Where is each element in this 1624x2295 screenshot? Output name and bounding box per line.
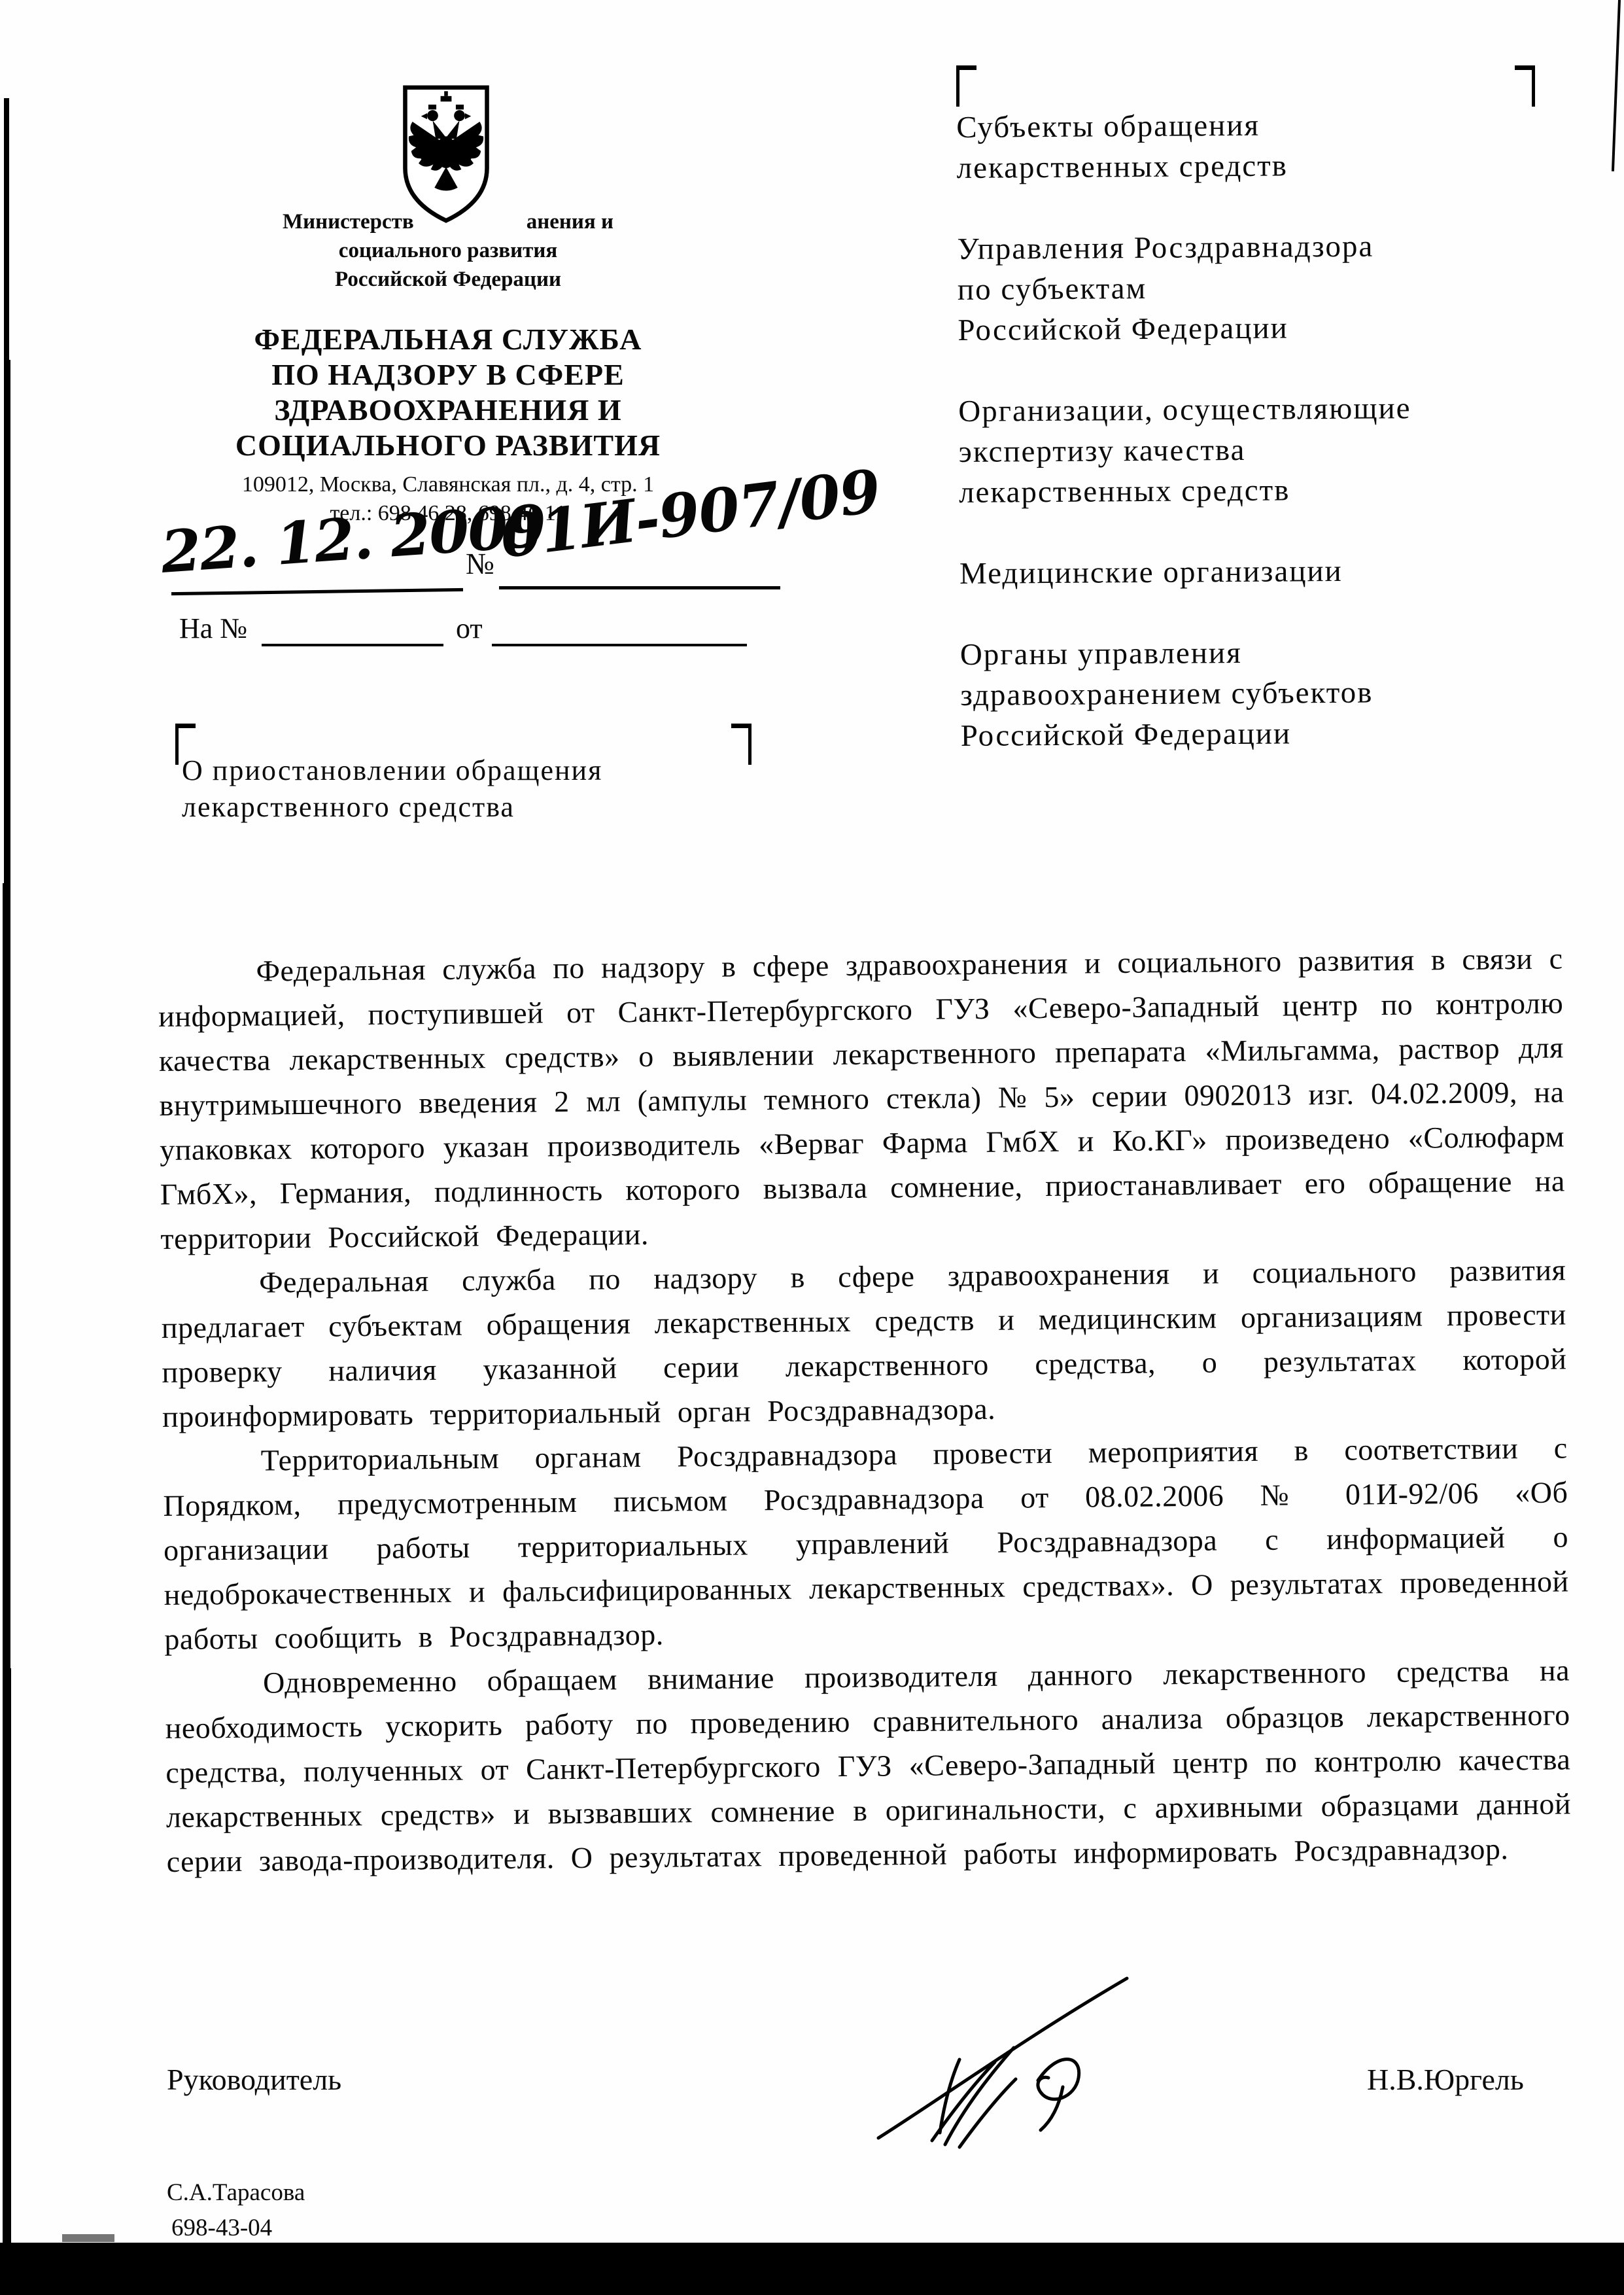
recipient-line: здравоохранением субъектов: [960, 671, 1536, 716]
service-title-line: СОЦИАЛЬНОГО РАЗВИТИЯ: [164, 428, 733, 463]
signatory-title: Руководитель: [167, 2062, 341, 2097]
service-title-line: ПО НАДЗОРУ В СФЕРЕ: [164, 357, 733, 393]
recipients-block: Субъекты обращения лекарственных средств…: [956, 103, 1536, 797]
ministry-name-fragment-left: Министерств: [283, 208, 414, 236]
subject-line: лекарственного средства: [182, 789, 602, 826]
date-underline: [171, 588, 463, 595]
recipient-line: Субъекты обращения: [956, 103, 1532, 148]
executor-phone: 698-43-04: [171, 2214, 272, 2242]
scan-artifact-bottom-band: [0, 2243, 1624, 2295]
subject-block: О приостановлении обращения лекарственно…: [182, 752, 602, 826]
letter-body: Федеральная служба по надзору в сфере зд…: [158, 936, 1572, 1884]
subject-line: О приостановлении обращения: [182, 752, 602, 789]
recipient-line: по субъектам: [958, 266, 1533, 310]
signatory-name: Н.В.Юргель: [1367, 2062, 1524, 2097]
body-paragraph-2: Федеральная служба по надзору в сфере зд…: [161, 1248, 1568, 1439]
service-title: ФЕДЕРАЛЬНАЯ СЛУЖБА ПО НАДЗОРУ В СФЕРЕ ЗД…: [164, 322, 733, 463]
recipient-line: экспертизу качества: [958, 428, 1534, 472]
executor-name: С.А.Тарасова: [167, 2179, 305, 2207]
recipient-line: Организации, осуществляющие: [958, 387, 1534, 432]
reply-from-label: от: [456, 612, 483, 645]
coat-of-arms-icon: [400, 84, 492, 224]
ministry-name-line2: социального развития: [164, 237, 733, 264]
recipient-group: Медицинские организации: [959, 550, 1535, 594]
service-title-line: ФЕДЕРАЛЬНАЯ СЛУЖБА: [164, 322, 733, 357]
corner-bracket-subject-right: [731, 724, 752, 765]
recipient-line: Управления Росздравнадзора: [957, 225, 1532, 270]
recipient-line: лекарственных средств: [956, 144, 1532, 188]
scanned-letter-page: Министерств анения и социального развити…: [0, 0, 1624, 2295]
recipient-line: Российской Федерации: [958, 306, 1533, 351]
recipient-line: лекарственных средств: [959, 468, 1534, 513]
ministry-name-line3: Российской Федерации: [164, 266, 733, 293]
number-underline: [499, 586, 780, 589]
reply-date-underline: [492, 644, 747, 646]
body-paragraph-3: Территориальным органам Росздравнадзора …: [162, 1426, 1569, 1662]
corner-bracket-recipients-right: [1515, 65, 1535, 107]
recipient-group: Организации, осуществляющие экспертизу к…: [958, 387, 1534, 513]
recipient-line: Органы управления: [960, 631, 1536, 675]
body-paragraph-4: Одновременно обращаем внимание производи…: [165, 1648, 1572, 1884]
reply-number-underline: [262, 644, 443, 646]
reply-to-number-label: На №: [179, 612, 247, 645]
recipient-line: Медицинские организации: [959, 550, 1535, 594]
body-paragraph-1: Федеральная служба по надзору в сфере зд…: [158, 936, 1565, 1261]
recipient-group: Органы управления здравоохранением субъе…: [960, 631, 1536, 756]
recipient-group: Управления Росздравнадзора по субъектам …: [957, 225, 1533, 351]
ministry-name-fragment-right: анения и: [527, 208, 613, 236]
signature-stroke: [863, 1969, 1145, 2152]
scan-artifact-left-edge: [4, 98, 9, 2243]
corner-bracket-recipients-left: [956, 65, 976, 107]
recipient-group: Субъекты обращения лекарственных средств: [956, 103, 1532, 188]
scan-artifact-smudge: [62, 2234, 114, 2242]
service-title-line: ЗДРАВООХРАНЕНИЯ И: [164, 393, 733, 428]
recipient-line: Российской Федерации: [960, 712, 1536, 756]
scan-artifact-right-edge: [1612, 0, 1621, 171]
